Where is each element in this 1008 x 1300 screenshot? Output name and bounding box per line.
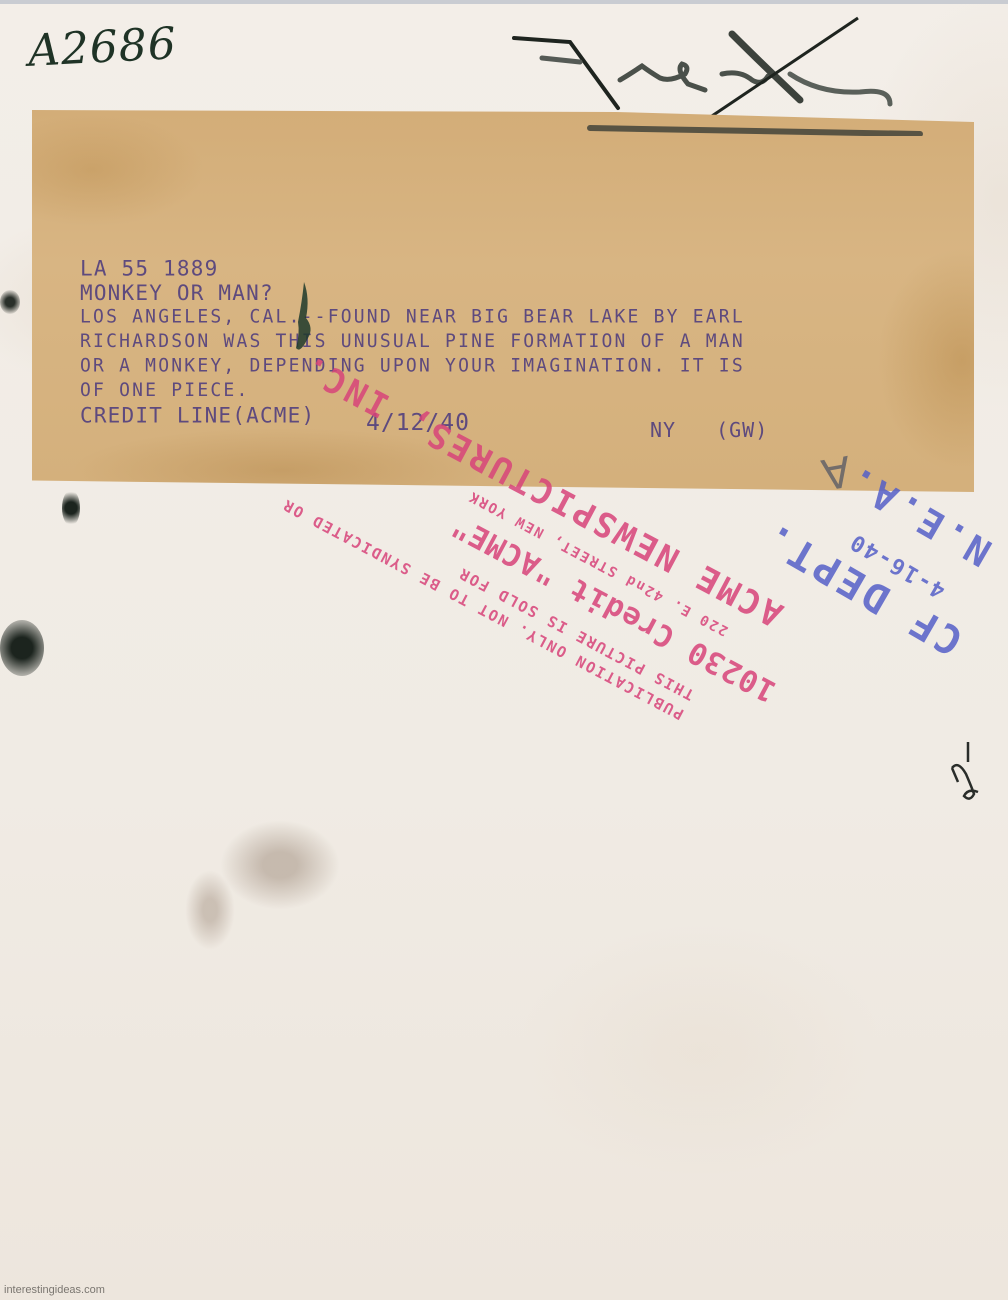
fingerprint-smudge bbox=[220, 820, 340, 910]
operator-initials: (GW) bbox=[716, 418, 768, 442]
caption-negative-number: LA 55 1889 bbox=[80, 256, 840, 280]
scan-edge bbox=[0, 0, 1008, 4]
ink-blot bbox=[290, 278, 320, 358]
pencil-line bbox=[120, 124, 940, 136]
ink-smudge bbox=[0, 620, 44, 676]
ink-smudge bbox=[62, 490, 80, 526]
handwritten-catalog-number: A2686 bbox=[27, 18, 178, 77]
watermark: interestingideas.com bbox=[4, 1284, 105, 1296]
handwritten-margin-mark bbox=[944, 738, 984, 808]
fingerprint-smudge bbox=[185, 870, 235, 950]
caption-office: NY(GW) bbox=[650, 418, 768, 442]
caption-body-line: LOS ANGELES, CAL.--FOUND NEAR BIG BEAR L… bbox=[80, 305, 840, 329]
caption-headline: MONKEY OR MAN? bbox=[80, 281, 840, 305]
ink-smudge bbox=[0, 290, 20, 314]
